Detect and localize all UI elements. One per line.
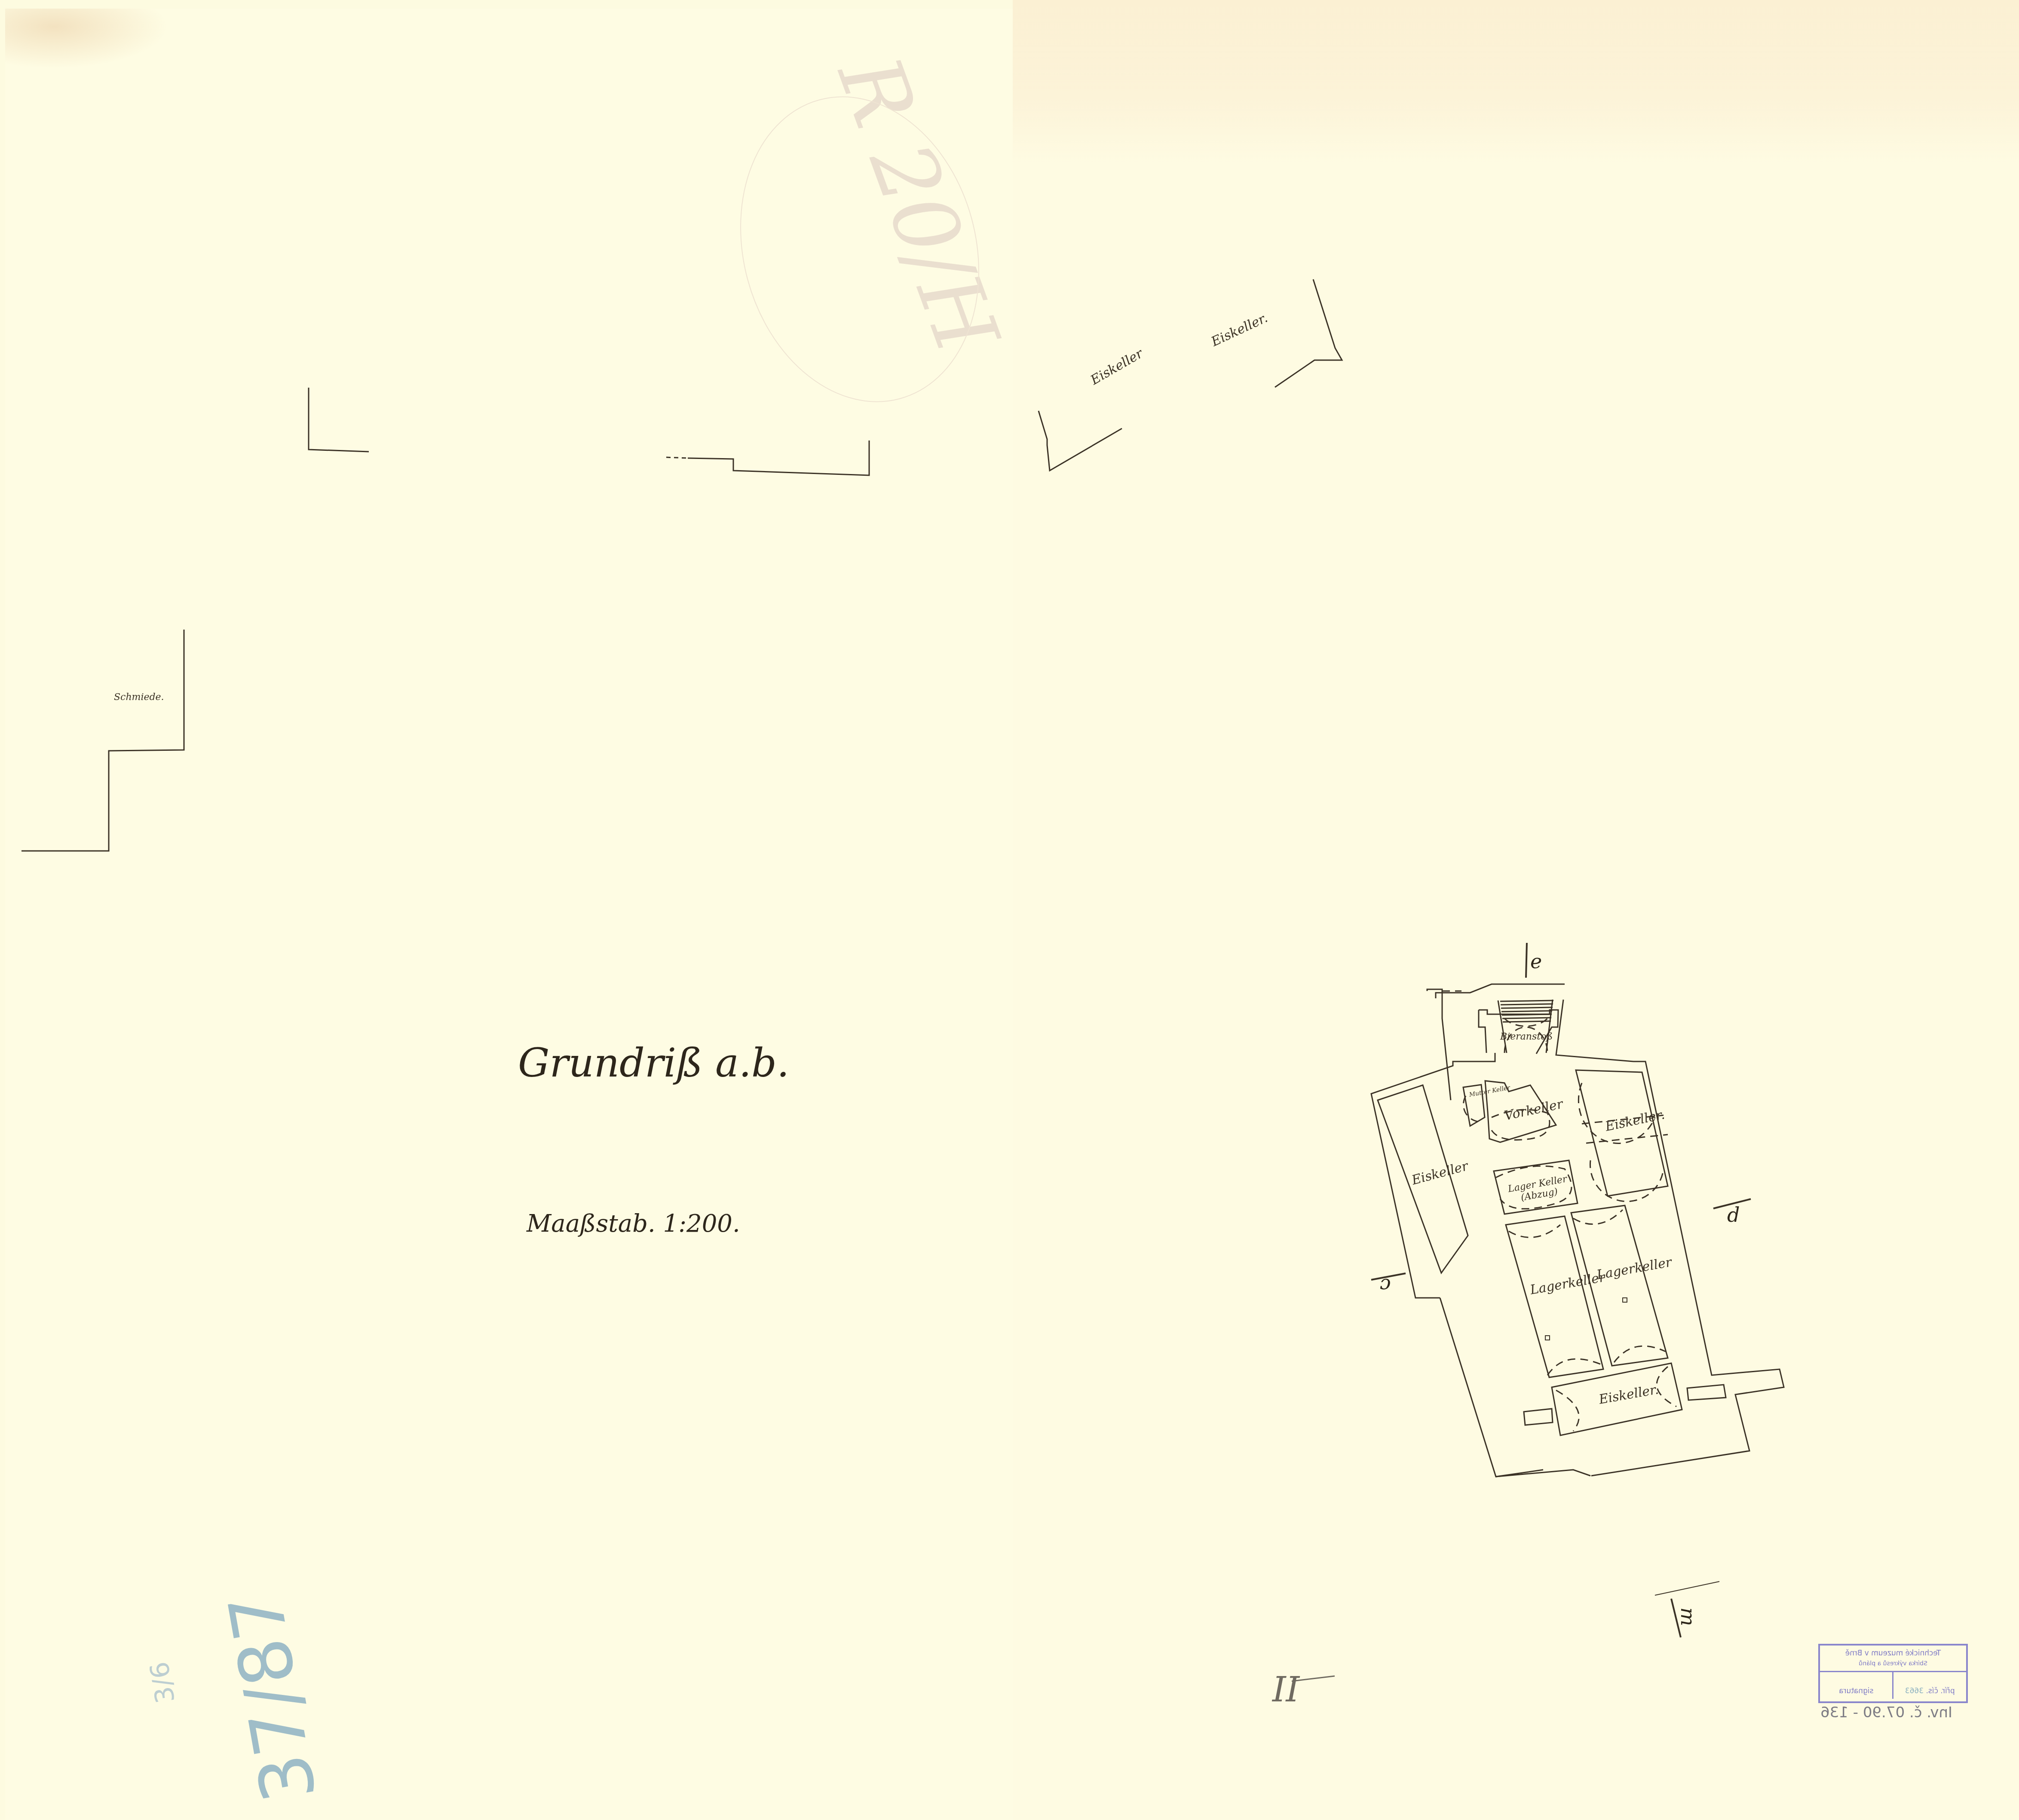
- archive-stamp: Technické muzeum v Brně Sbírka výkresů a…: [1818, 1644, 1968, 1703]
- stair-treads: [1500, 1000, 1553, 1022]
- inventory-number: Inv. č. 07.90 - 136: [1820, 1704, 1952, 1721]
- sheet-numeral: II: [1272, 1670, 1299, 1710]
- stamp-signature-label: signatura: [1839, 1687, 1873, 1695]
- drawing-sheet: R 20/H: [0, 0, 2019, 1820]
- stamp-accession-cell: přír. čís. 3663: [1894, 1672, 1967, 1699]
- stamp-line-1: Technické muzeum v Brně: [1820, 1648, 1966, 1658]
- stamp-line-2: Sbírka výkresů a plánů: [1820, 1658, 1966, 1669]
- main-plan: [1371, 943, 1784, 1637]
- stamp-signature-cell: signatura: [1820, 1672, 1894, 1699]
- stamp-accession-number: 3663: [1905, 1687, 1924, 1695]
- section-mark-top: e: [1530, 950, 1542, 973]
- room-label-bieranstoss: Bieranstoß: [1500, 1031, 1553, 1042]
- plan-title: Grundriß a.b.: [518, 1040, 789, 1086]
- fragment-eiskeller-top: [1039, 279, 1342, 471]
- fragment-label-schmiede: Schmiede.: [114, 692, 164, 703]
- fragment-schmiede: [21, 630, 184, 851]
- scale-label: Maaßstab. 1:200.: [527, 1210, 740, 1238]
- plan-drawing: [0, 0, 2019, 1820]
- fragment-upper-left: [309, 388, 869, 475]
- stamp-accession-label: přír. čís.: [1926, 1687, 1955, 1695]
- section-mark-right: d: [1727, 1203, 1740, 1227]
- section-mark-bottom: m: [1676, 1607, 1700, 1626]
- section-mark-left: c: [1380, 1274, 1391, 1297]
